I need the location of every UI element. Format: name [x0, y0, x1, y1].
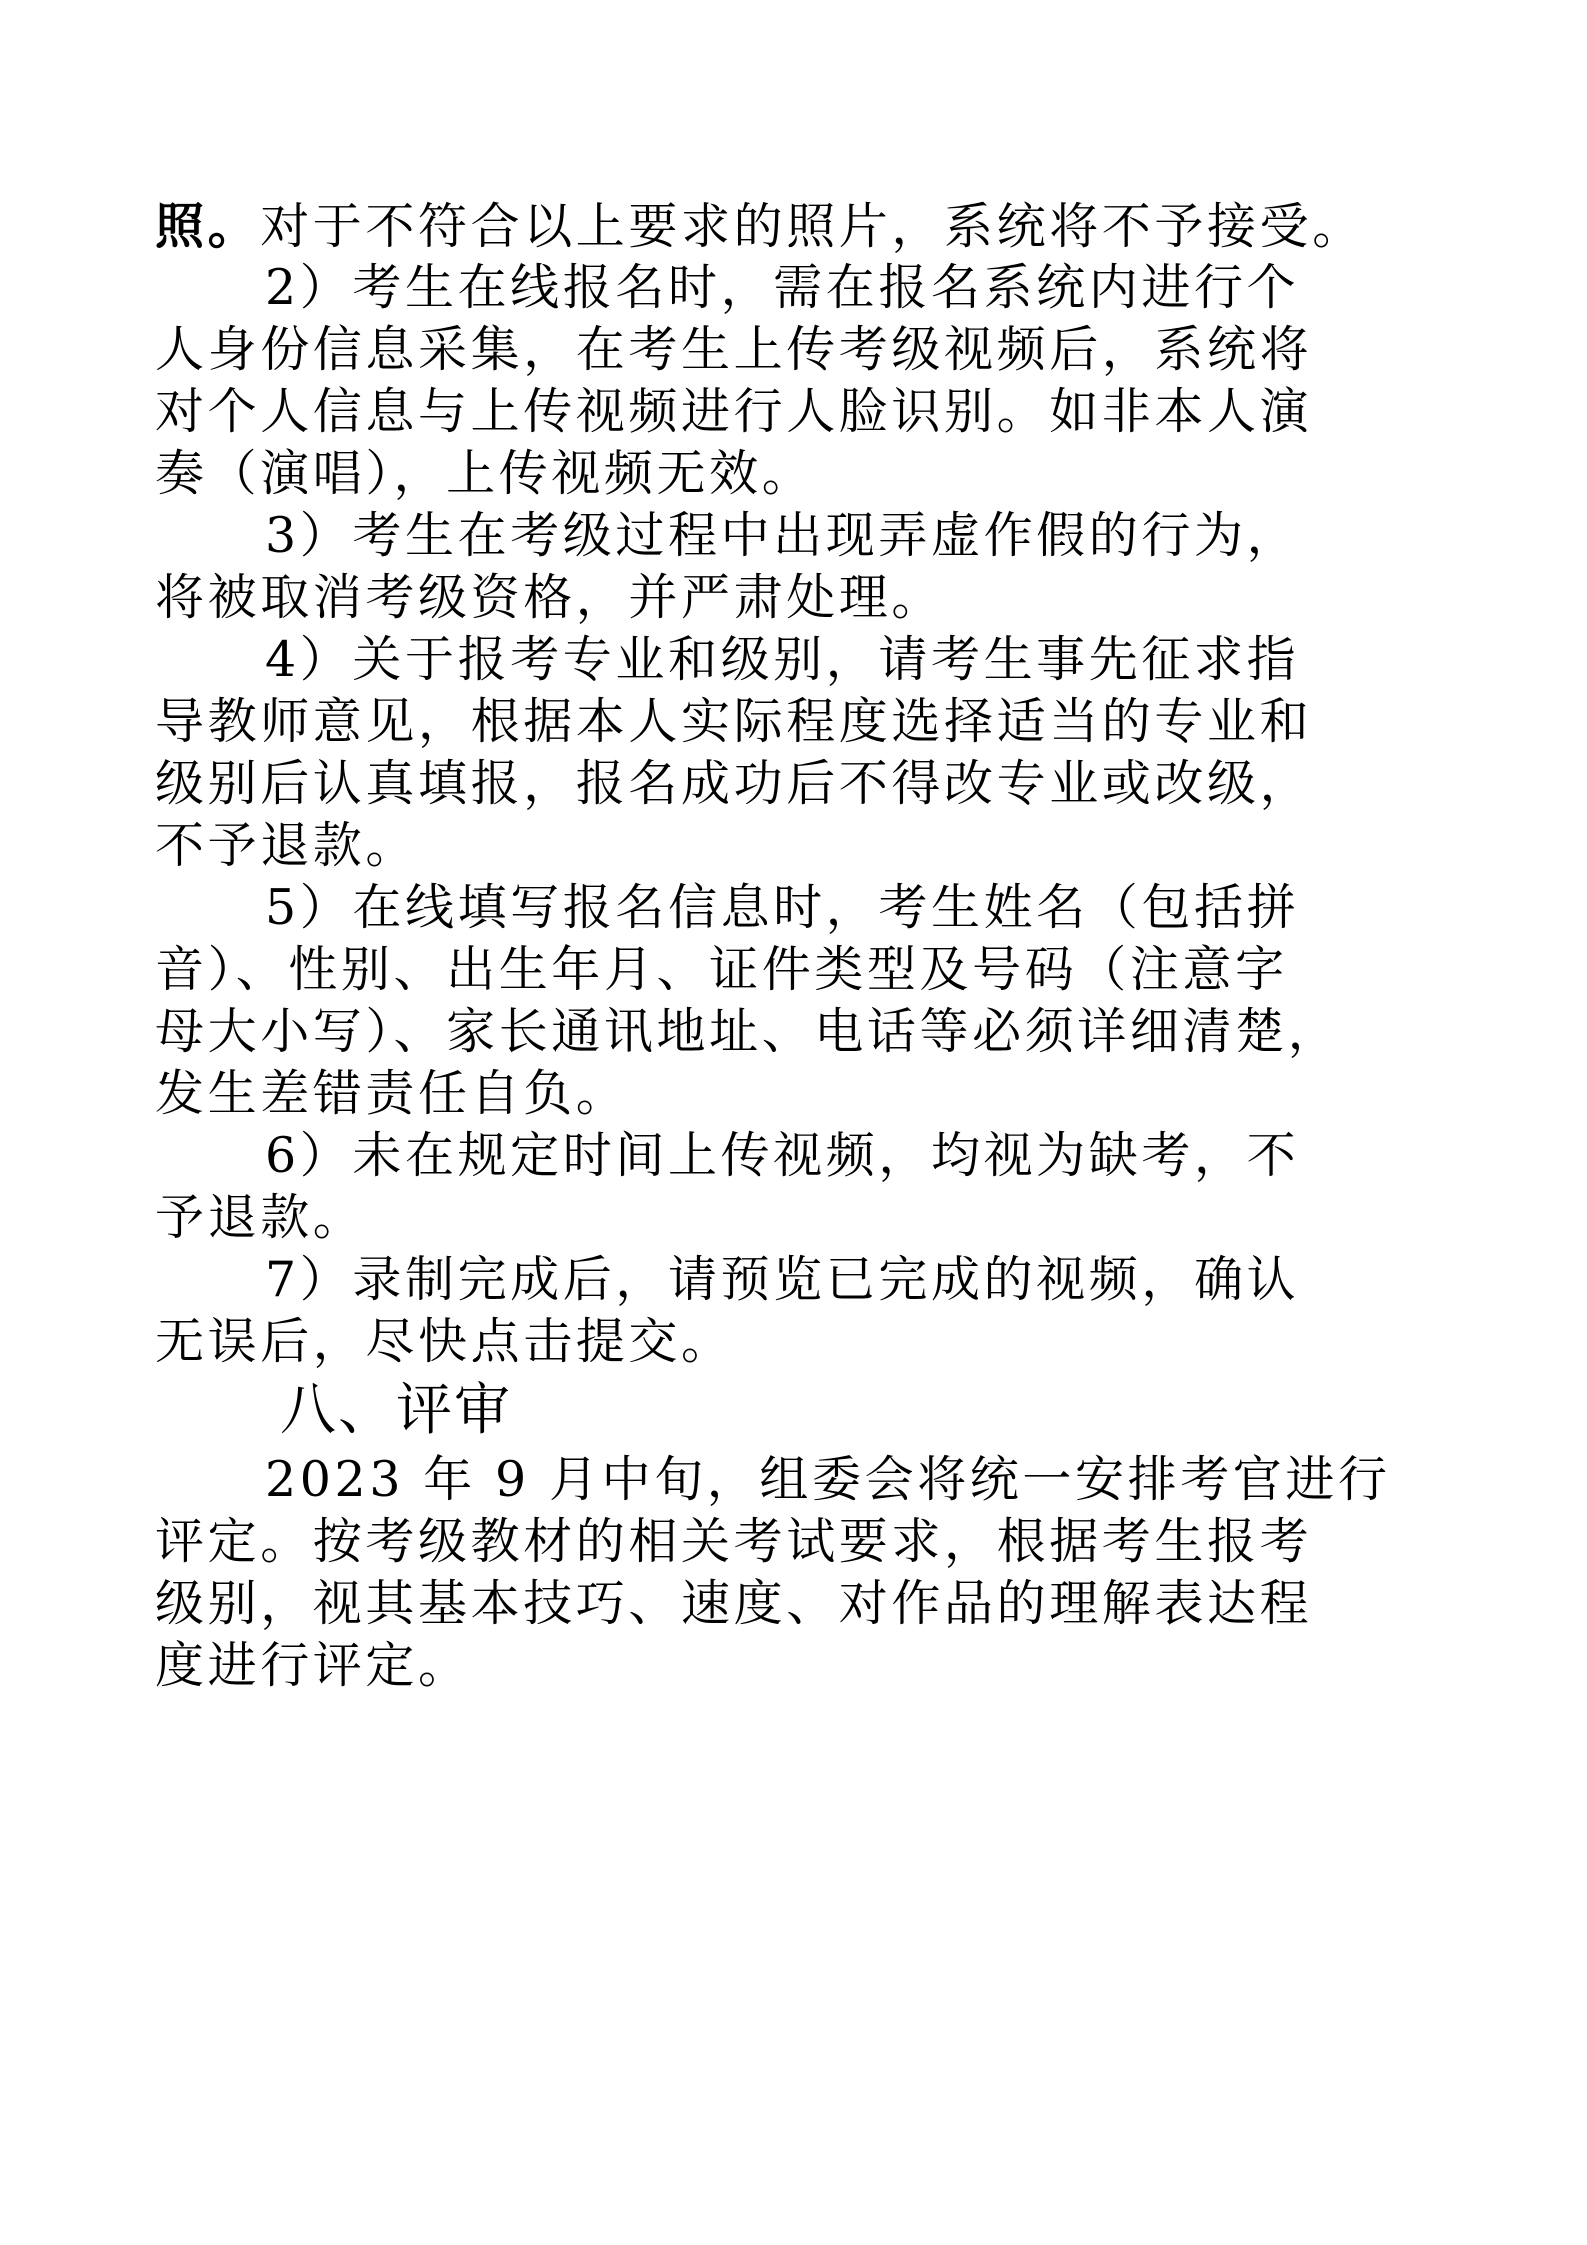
bold-lead-text: 照。 — [155, 197, 260, 255]
text-line: 对个人信息与上传视频进行人脸识别。如非本人演 — [155, 381, 1445, 443]
text-line: 3）考生在考级过程中出现弄虚作假的行为， — [155, 505, 1445, 567]
text-line: 导教师意见，根据本人实际程度选择适当的专业和 — [155, 691, 1445, 753]
section-body-paragraph: 2023 年 9 月中旬，组委会将统一安排考官进行 评定。按考级教材的相关考试要… — [155, 1449, 1445, 1697]
text-line: 度进行评定。 — [155, 1635, 1445, 1697]
text-line: 评定。按考级教材的相关考试要求，根据考生报考 — [155, 1511, 1445, 1573]
text-line: 2023 年 9 月中旬，组委会将统一安排考官进行 — [155, 1449, 1445, 1511]
text-line: 6）未在规定时间上传视频，均视为缺考，不 — [155, 1125, 1445, 1187]
section-heading: 八、评审 — [155, 1373, 1445, 1449]
text-line: 7）录制完成后，请预览已完成的视频，确认 — [155, 1249, 1445, 1311]
list-item-4: 4）关于报考专业和级别，请考生事先征求指 导教师意见，根据本人实际程度选择适当的… — [155, 629, 1445, 877]
text-line: 予退款。 — [155, 1187, 1445, 1249]
list-item-3: 3）考生在考级过程中出现弄虚作假的行为， 将被取消考级资格，并严肃处理。 — [155, 505, 1445, 629]
list-item-6: 6）未在规定时间上传视频，均视为缺考，不 予退款。 — [155, 1125, 1445, 1249]
text-line: 奏（演唱），上传视频无效。 — [155, 443, 1445, 505]
text-line: 发生差错责任自负。 — [155, 1063, 1445, 1125]
paragraph-continuation: 照。对于不符合以上要求的照片，系统将不予接受。 — [155, 195, 1445, 257]
text-line: 不予退款。 — [155, 815, 1445, 877]
text-line: 音）、性别、出生年月、证件类型及号码（注意字 — [155, 939, 1445, 1001]
list-item-7: 7）录制完成后，请预览已完成的视频，确认 无误后，尽快点击提交。 — [155, 1249, 1445, 1373]
text-line: 将被取消考级资格，并严肃处理。 — [155, 567, 1445, 629]
text-line: 人身份信息采集，在考生上传考级视频后，系统将 — [155, 319, 1445, 381]
document-page: 照。对于不符合以上要求的照片，系统将不予接受。 2）考生在线报名时，需在报名系统… — [155, 195, 1445, 1697]
text-line: 2）考生在线报名时，需在报名系统内进行个 — [155, 257, 1445, 319]
continuation-text: 对于不符合以上要求的照片，系统将不予接受。 — [260, 198, 1365, 255]
text-line: 级别后认真填报，报名成功后不得改专业或改级， — [155, 753, 1445, 815]
text-line: 母大小写）、家长通讯地址、电话等必须详细清楚， — [155, 1001, 1445, 1063]
list-item-5: 5）在线填写报名信息时，考生姓名（包括拼 音）、性别、出生年月、证件类型及号码（… — [155, 877, 1445, 1125]
list-item-2: 2）考生在线报名时，需在报名系统内进行个 人身份信息采集，在考生上传考级视频后，… — [155, 257, 1445, 505]
text-line: 无误后，尽快点击提交。 — [155, 1311, 1445, 1373]
text-line: 4）关于报考专业和级别，请考生事先征求指 — [155, 629, 1445, 691]
text-line: 级别，视其基本技巧、速度、对作品的理解表达程 — [155, 1573, 1445, 1635]
text-line: 5）在线填写报名信息时，考生姓名（包括拼 — [155, 877, 1445, 939]
